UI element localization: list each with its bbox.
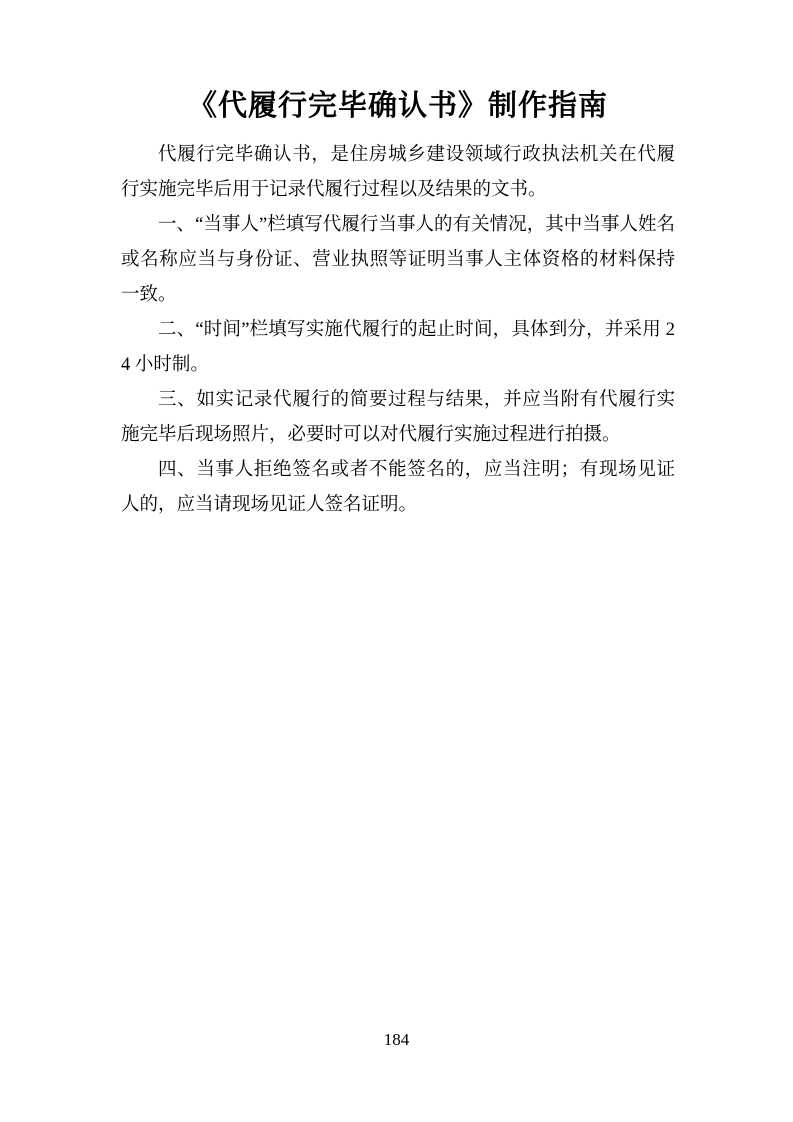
- page-title: 《代履行完毕确认书》制作指南: [121, 84, 675, 128]
- paragraph-item-2: 二、“时间”栏填写实施代履行的起止时间，具体到分，并采用 24 小时制。: [121, 313, 675, 383]
- paragraph-item-3: 三、如实记录代履行的简要过程与结果，并应当附有代履行实施完毕后现场照片，必要时可…: [121, 383, 675, 453]
- paragraph-item-1: 一、“当事人”栏填写代履行当事人的有关情况，其中当事人姓名或名称应当与身份证、营…: [121, 208, 675, 313]
- document-body: 《代履行完毕确认书》制作指南 代履行完毕确认书，是住房城乡建设领域行政执法机关在…: [121, 84, 675, 523]
- page-number: 184: [0, 1028, 793, 1052]
- paragraph-item-4: 四、当事人拒绝签名或者不能签名的，应当注明；有现场见证人的，应当请现场见证人签名…: [121, 453, 675, 523]
- document-page: 《代履行完毕确认书》制作指南 代履行完毕确认书，是住房城乡建设领域行政执法机关在…: [0, 0, 793, 1122]
- paragraph-intro: 代履行完毕确认书，是住房城乡建设领域行政执法机关在代履行实施完毕后用于记录代履行…: [121, 138, 675, 208]
